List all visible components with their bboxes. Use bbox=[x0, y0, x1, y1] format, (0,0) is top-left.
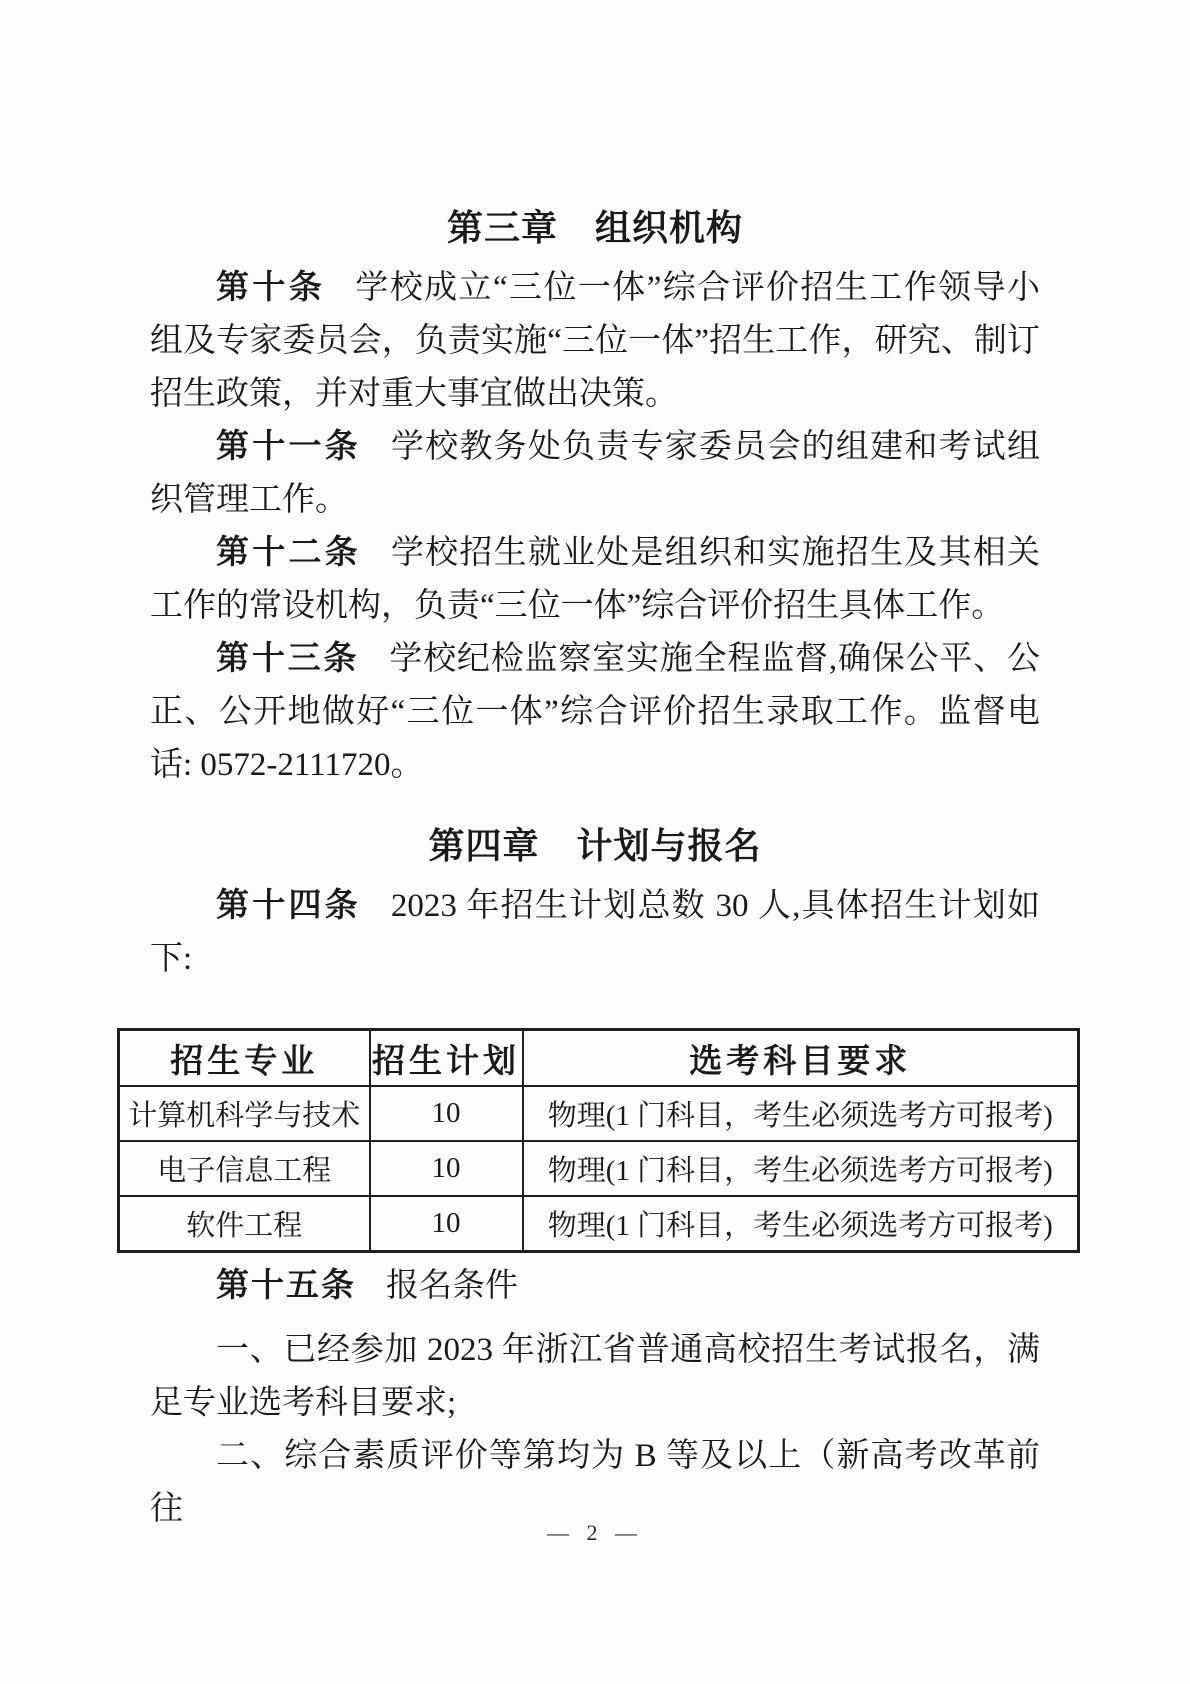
table-header-row: 招生专业 招生计划 选考科目要求 bbox=[119, 1030, 1079, 1087]
table-cell-requirement: 物理(1 门科目，考生必须选考方可报考) bbox=[523, 1141, 1079, 1196]
article-11-paragraph: 第十一条学校教务处负责专家委员会的组建和考试组织管理工作。 bbox=[150, 421, 1040, 527]
article-13-label: 第十三条 bbox=[216, 641, 359, 677]
table-cell-major: 软件工程 bbox=[119, 1196, 370, 1252]
table-cell-requirement: 物理(1 门科目，考生必须选考方可报考) bbox=[523, 1196, 1079, 1252]
table-row: 计算机科学与技术 10 物理(1 门科目，考生必须选考方可报考) bbox=[119, 1086, 1079, 1141]
table-row: 电子信息工程 10 物理(1 门科目，考生必须选考方可报考) bbox=[119, 1141, 1079, 1196]
article-11-label: 第十一条 bbox=[216, 429, 361, 465]
table-row: 软件工程 10 物理(1 门科目，考生必须选考方可报考) bbox=[119, 1196, 1079, 1252]
article-10-paragraph: 第十条学校成立“三位一体”综合评价招生工作领导小组及专家委员会，负责实施“三位一… bbox=[150, 262, 1040, 421]
article-12-label: 第十二条 bbox=[216, 535, 361, 571]
table-cell-major: 计算机科学与技术 bbox=[119, 1086, 370, 1141]
table-header-major: 招生专业 bbox=[119, 1030, 370, 1087]
table-cell-requirement: 物理(1 门科目，考生必须选考方可报考) bbox=[523, 1086, 1079, 1141]
chapter-3-heading: 第三章 组织机构 bbox=[150, 200, 1040, 256]
page-number: — 2 — bbox=[0, 1520, 1190, 1546]
condition-1-paragraph: 一、已经参加 2023 年浙江省普通高校招生考试报名，满足专业选考科目要求; bbox=[150, 1324, 1040, 1430]
article-10-label: 第十条 bbox=[216, 270, 325, 306]
chapter-4-heading: 第四章 计划与报名 bbox=[150, 818, 1040, 874]
table-cell-plan: 10 bbox=[370, 1196, 523, 1252]
article-13-paragraph: 第十三条学校纪检监察室实施全程监督,确保公平、公正、公开地做好“三位一体”综合评… bbox=[150, 633, 1040, 792]
table-cell-major: 电子信息工程 bbox=[119, 1141, 370, 1196]
article-12-paragraph: 第十二条学校招生就业处是组织和实施招生及其相关工作的常设机构，负责“三位一体”综… bbox=[150, 527, 1040, 633]
article-14-paragraph: 第十四条2023 年招生计划总数 30 人,具体招生计划如下: bbox=[150, 880, 1040, 986]
table-header-subject-requirement: 选考科目要求 bbox=[523, 1030, 1079, 1087]
page-content: 第三章 组织机构 第十条学校成立“三位一体”综合评价招生工作领导小组及专家委员会… bbox=[150, 200, 1040, 1536]
document-page: 第三章 组织机构 第十条学校成立“三位一体”综合评价招生工作领导小组及专家委员会… bbox=[0, 0, 1190, 1684]
article-14-label: 第十四条 bbox=[216, 888, 361, 924]
article-15-text: 报名条件 bbox=[386, 1268, 518, 1304]
table-cell-plan: 10 bbox=[370, 1141, 523, 1196]
article-15-paragraph: 第十五条报名条件 bbox=[150, 1260, 1040, 1313]
article-15-label: 第十五条 bbox=[216, 1268, 356, 1304]
admission-plan-table: 招生专业 招生计划 选考科目要求 计算机科学与技术 10 物理(1 门科目，考生… bbox=[117, 1028, 1080, 1253]
table-cell-plan: 10 bbox=[370, 1086, 523, 1141]
table-header-plan: 招生计划 bbox=[370, 1030, 523, 1087]
